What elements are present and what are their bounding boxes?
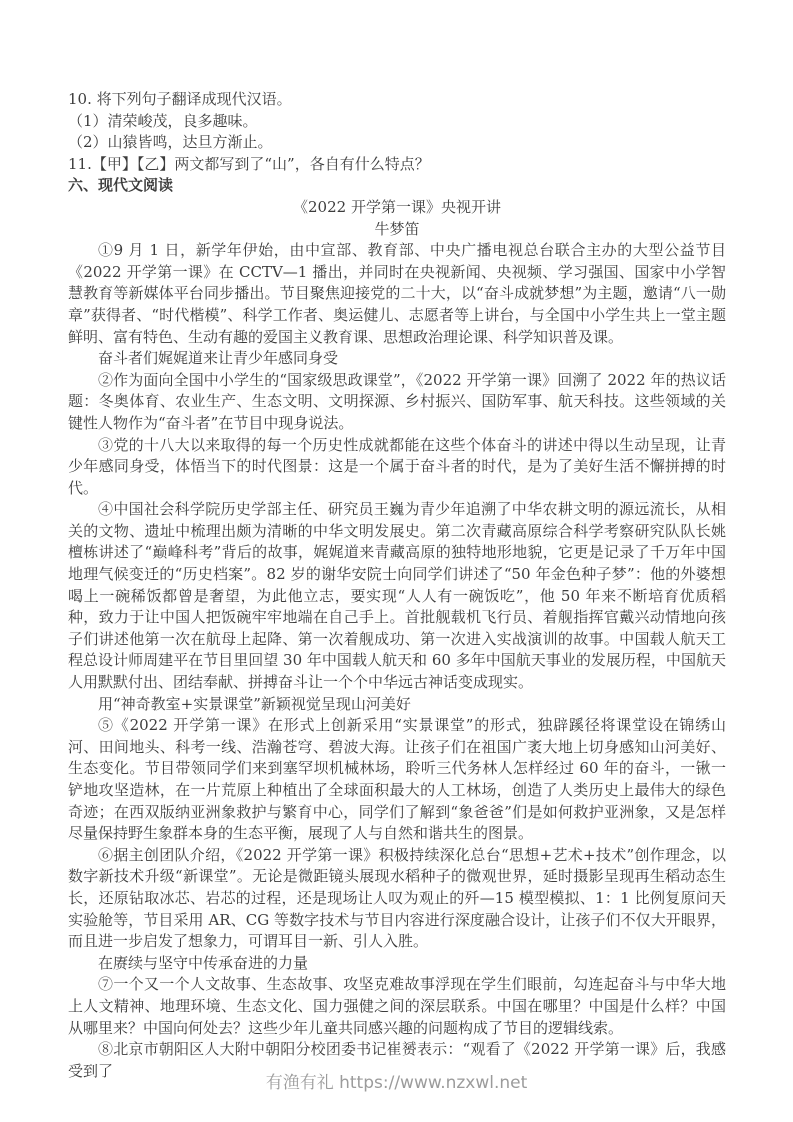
article-subheading-2: 用“神奇教室+实景课堂”新颖视觉呈现山河美好	[68, 694, 726, 716]
article-title: 《2022 开学第一课》央视开讲	[68, 197, 726, 219]
article-subheading-3: 在赓续与坚守中传承奋进的力量	[68, 953, 726, 975]
article-paragraph-3: ③党的十八大以来取得的每一个历史性成就都能在这些个体奋斗的讲述中得以生动呈现，让…	[68, 435, 726, 500]
section-heading: 六、现代文阅读	[68, 175, 726, 197]
article-paragraph-1: ①9 月 1 日，新学年伊始，由中宣部、教育部、中央广播电视总台联合主办的大型公…	[68, 240, 726, 348]
article-subheading-1: 奋斗者们娓娓道来让青少年感同身受	[68, 348, 726, 370]
article-paragraph-2: ②作为面向全国中小学生的“国家级思政课堂”，《2022 开学第一课》回溯了 20…	[68, 370, 726, 435]
watermark-footer: 有渔有礼 https://www.nzxwl.net	[0, 1068, 793, 1093]
question-11: 11.【甲】【乙】两文都写到了“山”，各自有什么特点？	[68, 154, 726, 176]
question-10: 10. 将下列句子翻译成现代汉语。	[68, 89, 726, 111]
exam-content: 10. 将下列句子翻译成现代汉语。 （1）清荣峻茂，良多趣味。 （2）山猿皆鸣，…	[68, 89, 726, 1082]
question-10-item-1: （1）清荣峻茂，良多趣味。	[68, 111, 726, 133]
article-paragraph-7: ⑦一个又一个人文故事、生态故事、攻坚克难故事浮现在学生们眼前，勾连起奋斗与中华大…	[68, 974, 726, 1039]
document-page: 10. 将下列句子翻译成现代汉语。 （1）清荣峻茂，良多趣味。 （2）山猿皆鸣，…	[0, 0, 793, 1122]
article-paragraph-5: ⑤《2022 开学第一课》在形式上创新采用“实景课堂”的形式，独辟蹊径将课堂设在…	[68, 715, 726, 845]
article-paragraph-4: ④中国社会科学院历史学部主任、研究员王巍为青少年追溯了中华农耕文明的源远流长，从…	[68, 499, 726, 693]
article-paragraph-6: ⑥据主创团队介绍，《2022 开学第一课》积极持续深化总台“思想+艺术+技术”创…	[68, 845, 726, 953]
question-10-item-2: （2）山猿皆鸣，达旦方渐止。	[68, 132, 726, 154]
article-author: 牛梦笛	[68, 219, 726, 241]
